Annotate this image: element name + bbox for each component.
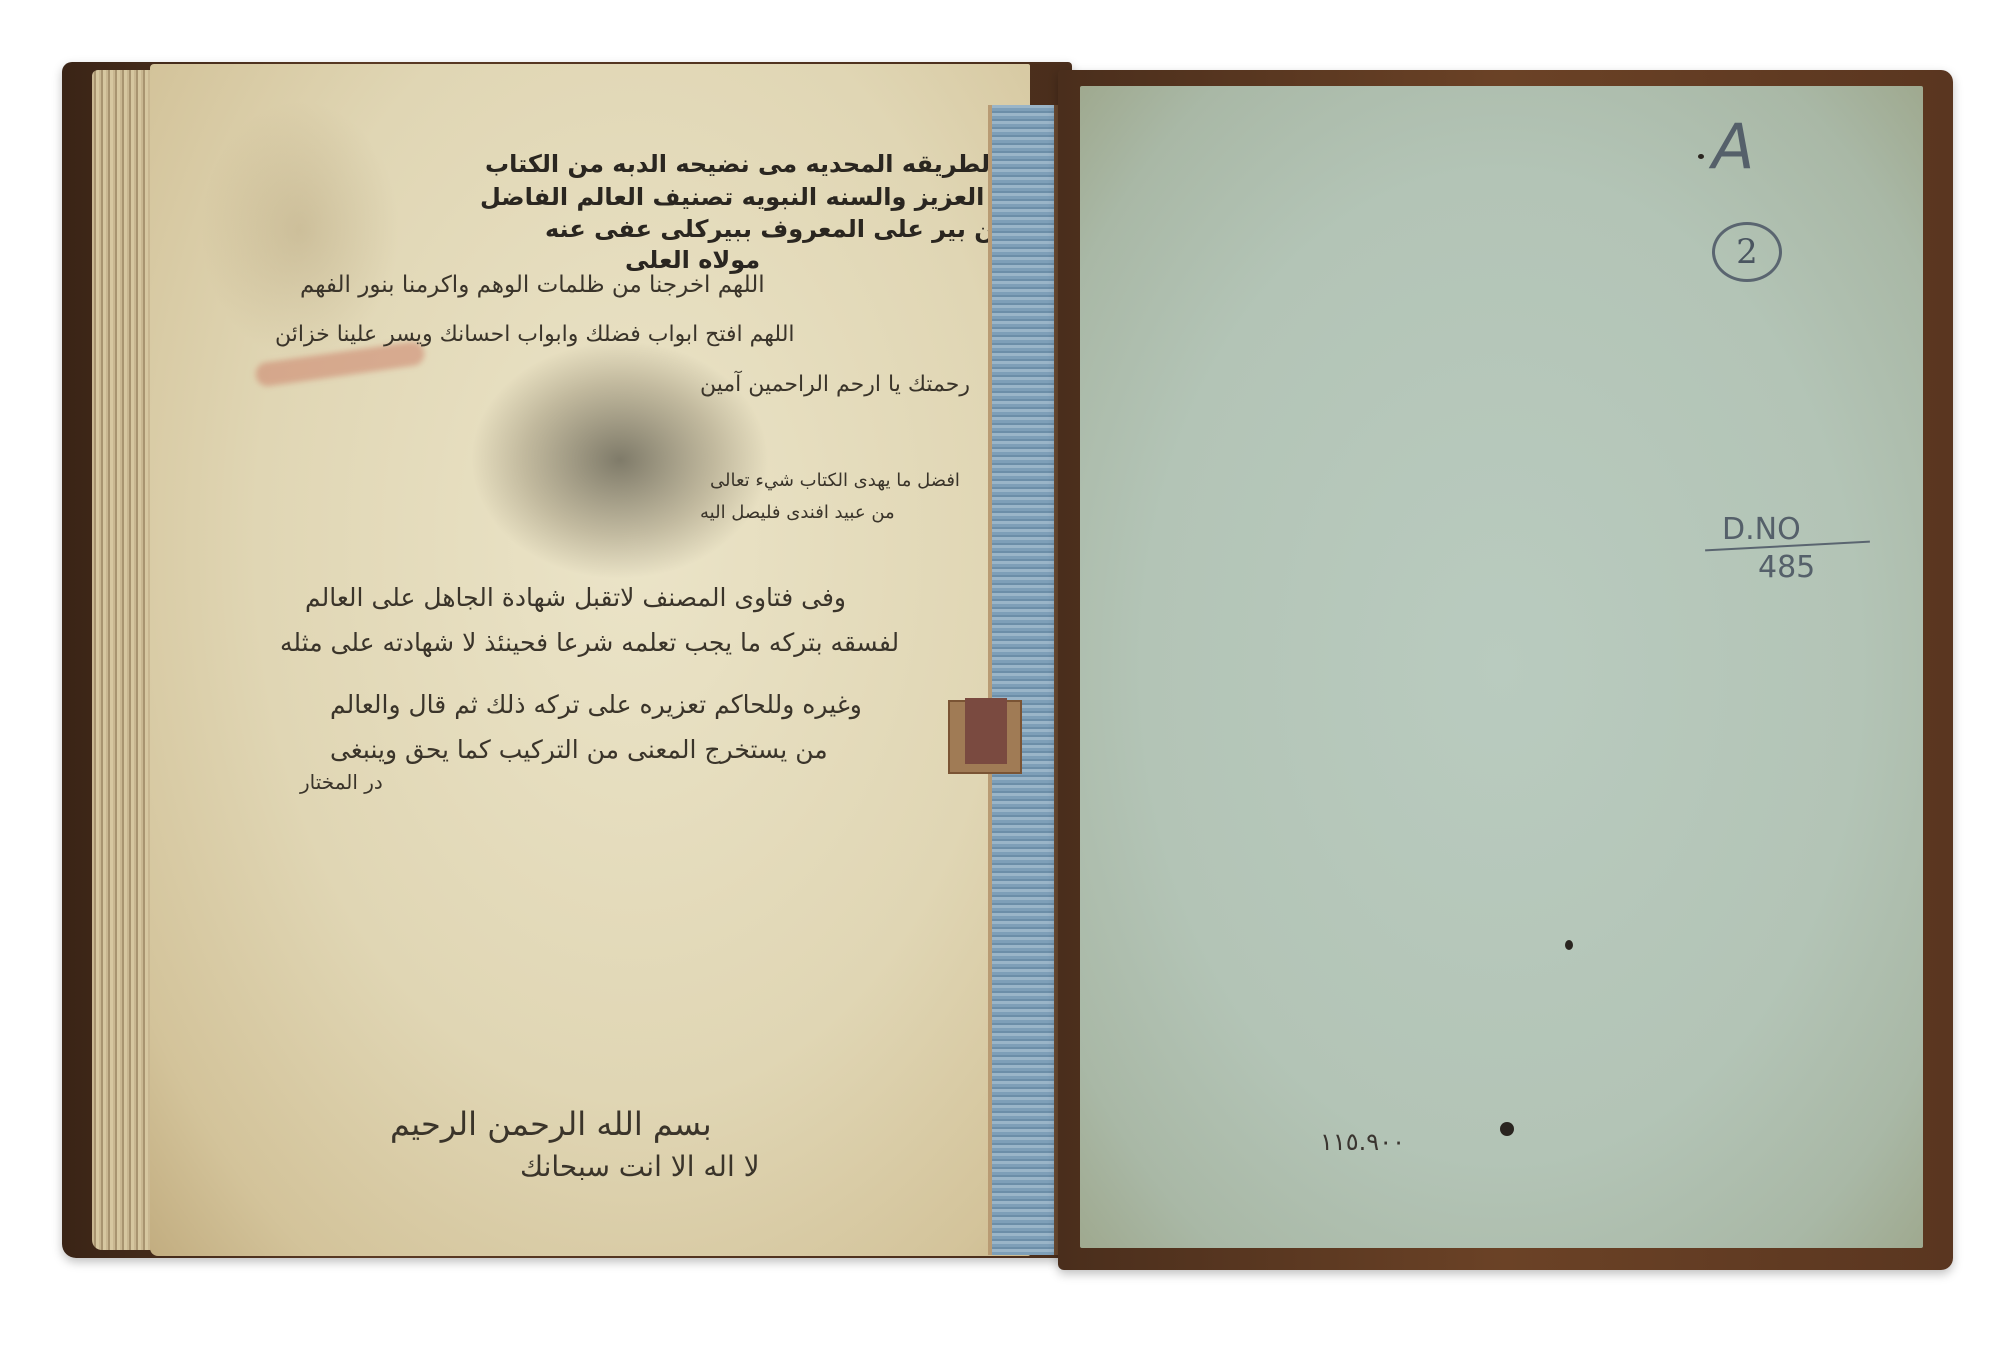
title-line-1: كتاب الطريقه المحديه مى نضيحه الدبه من ا… bbox=[485, 150, 1064, 178]
right-pastedown bbox=[1080, 86, 1923, 1248]
spine-cloth-hinge bbox=[988, 105, 1060, 1255]
prayer-line-3: رحمتك يا ارحم الراحمين آمين bbox=[700, 372, 970, 397]
marginal-note-2: من عبيد افندى فليصل اليه bbox=[700, 502, 895, 523]
ink-spot bbox=[1565, 940, 1573, 950]
leather-tab-inner bbox=[965, 698, 1007, 764]
bottom-ink-note: ١١٥.٩٠٠ bbox=[1320, 1128, 1405, 1156]
passage-line-1: وفى فتاوى المصنف لاتقبل شهادة الجاهل على… bbox=[305, 583, 846, 612]
passage-line-3: وغيره وللحاكم تعزيره على تركه ذلك ثم قال… bbox=[330, 690, 862, 719]
water-stain bbox=[200, 100, 400, 360]
circled-number: 2 bbox=[1712, 222, 1782, 282]
source-note: در المختار bbox=[300, 770, 383, 794]
basmala-second-line: لا اله الا انت سبحانك bbox=[520, 1150, 760, 1183]
circled-number-text: 2 bbox=[1736, 232, 1758, 272]
shelfmark-bottom: 485 bbox=[1758, 550, 1815, 585]
prayer-line-2: اللهم افتح ابواب فضلك وابواب احسانك ويسر… bbox=[275, 322, 795, 347]
passage-line-2: لفسقه بتركه ما يجب تعلمه شرعا فحينئذ لا … bbox=[280, 628, 899, 657]
pencil-initials: A bbox=[1712, 110, 1754, 183]
ink-spot bbox=[1500, 1122, 1514, 1136]
title-line-4: مولاه العلى bbox=[625, 246, 760, 274]
basmala: بسم الله الرحمن الرحيم bbox=[390, 1105, 712, 1143]
title-line-2: العزيز والسنه النبويه تصنيف العالم الفاض… bbox=[480, 183, 984, 211]
passage-line-4: من يستخرج المعنى من التركيب كما يحق وينب… bbox=[330, 735, 828, 764]
open-manuscript: كتاب الطريقه المحديه مى نضيحه الدبه من ا… bbox=[0, 0, 2000, 1365]
prayer-line-1: اللهم اخرجنا من ظلمات الوهم واكرمنا بنور… bbox=[300, 272, 765, 298]
marginal-note-1: افضل ما يهدى الكتاب شيء تعالى bbox=[710, 470, 960, 491]
shelfmark-top: D.NO bbox=[1722, 512, 1801, 547]
ink-spot bbox=[1698, 154, 1704, 159]
